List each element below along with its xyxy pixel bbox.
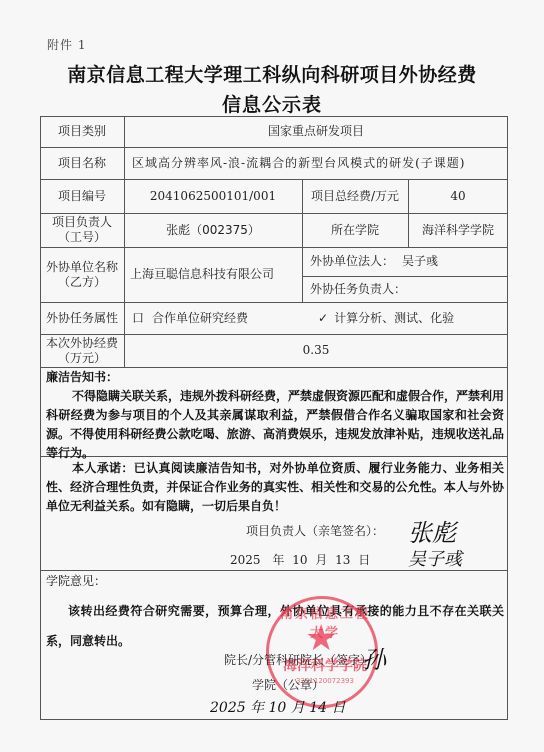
pledge-date: 2025 年 10 月 13 日: [230, 551, 370, 568]
project-number-label: 项目编号: [40, 179, 124, 213]
task-option-analysis-label: 计算分析、测试、化验: [334, 311, 454, 326]
task-option-analysis[interactable]: ✓ 计算分析、测试、化验: [310, 302, 508, 334]
pi-value: 张彪（002375）: [124, 213, 302, 247]
partner-legal: 外协单位法人： 吴子彧: [302, 247, 508, 276]
dean-signature: 孙: [362, 640, 386, 675]
partner-task-lead: 外协任务负责人：: [302, 276, 508, 302]
pi-label: 项目负责人 （工号）: [40, 213, 124, 247]
this-funding-value: 0.35: [124, 334, 508, 367]
project-category-label: 项目类别: [40, 116, 124, 147]
pi-signature: 张彪: [408, 513, 456, 548]
pi-signature-label: 项目负责人（亲笔签名）：: [246, 522, 384, 539]
total-funding-value: 40: [408, 179, 508, 213]
pledge-date-day: 13: [335, 553, 350, 567]
college-opinion-date: 2025 年 10 月 14 日: [210, 697, 346, 717]
partner-task-lead-label: 外协任务负责人：: [310, 282, 406, 297]
partner-value: 上海亘聪信息科技有限公司: [124, 247, 302, 302]
pledge-body: 本人承诺：已认真阅读廉洁告知书，对外协单位资质、履行业务能力、业务相关性、经济合…: [46, 459, 504, 516]
pledge-date-day-unit: 日: [358, 553, 370, 567]
document-subtitle: 信息公示表: [0, 90, 544, 117]
pi-label-line2: （工号）: [58, 230, 106, 245]
checkbox-unchecked-icon[interactable]: 口: [132, 311, 144, 326]
dean-signature-label: 院长/分管科研院长（签字）: [224, 651, 372, 668]
checkmark-icon[interactable]: ✓: [318, 311, 328, 326]
document-title: 南京信息工程大学理工科纵向科研项目外协经费: [0, 60, 544, 87]
partner-label-line2: （乙方）: [58, 275, 106, 290]
pi-label-line1: 项目负责人: [52, 215, 112, 230]
pledge-date-year-unit: 年: [272, 553, 284, 567]
annex-label: 附件 1: [47, 36, 86, 53]
college-opinion-title: 学院意见：: [46, 572, 504, 591]
partner-legal-label: 外协单位法人：: [310, 254, 394, 269]
pledge-date-month-unit: 月: [315, 553, 327, 567]
pledge-date-month: 10: [292, 553, 307, 567]
integrity-notice-title: 廉洁告知书：: [46, 368, 504, 387]
this-funding-label: 本次外协经费 （万元）: [40, 334, 124, 367]
partner-legal-value: 吴子彧: [402, 254, 438, 269]
task-attribute-label: 外协任务属性: [40, 302, 124, 334]
task-option-cooperative[interactable]: 口 合作单位研究经费: [124, 302, 294, 334]
total-funding-label: 项目总经费/万元: [302, 179, 408, 213]
this-funding-label-line1: 本次外协经费: [46, 336, 118, 351]
this-funding-label-line2: （万元）: [58, 351, 106, 366]
college-label: 所在学院: [302, 213, 408, 247]
partner-label-line1: 外协单位名称: [46, 260, 118, 275]
task-option-cooperative-label: 合作单位研究经费: [152, 311, 248, 326]
college-value: 海洋科学学院: [408, 213, 508, 247]
project-number-value: 2041062500101/001: [124, 179, 302, 213]
project-name-value: 区域高分辨率风-浪-流耦合的新型台风模式的研发(子课题): [124, 147, 508, 179]
pledge-date-year: 2025: [230, 553, 261, 567]
project-category-value: 国家重点研发项目: [124, 116, 508, 147]
project-name-label: 项目名称: [40, 147, 124, 179]
college-seal-label: 学院（公章）: [252, 676, 324, 693]
partner-signature: 吴子彧: [408, 545, 462, 571]
partner-label: 外协单位名称 （乙方）: [40, 247, 124, 302]
integrity-notice-body: 不得隐瞒关联关系，违规外拨科研经费，严禁虚假资源匹配和虚假合作，严禁利用科研经费…: [46, 387, 504, 463]
